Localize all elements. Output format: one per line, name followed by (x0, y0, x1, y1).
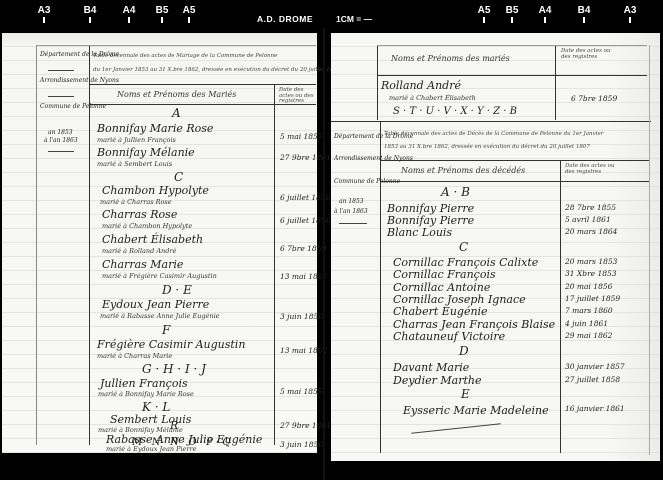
margin-rule (339, 223, 367, 224)
col-header-date: Date des actes ou des registres (279, 88, 315, 105)
entry-name: Bonnifay Pierre (387, 215, 474, 226)
entry-name: Chambon Hypolyte (102, 185, 209, 196)
page-right-edge (649, 45, 650, 455)
archive-label: A.D. DROME (257, 14, 313, 24)
margin-arrondissement: Arrondissement de Nyons (334, 155, 413, 162)
margin-rule (48, 151, 74, 152)
entry-date: 31 Xbre 1853 (565, 270, 617, 278)
entry-name: Cornillac François Calixte (393, 257, 538, 268)
table-title-line1: Table décennale des actes de Décès de la… (384, 132, 603, 138)
entry-spouse: marié à Chambon Hypolyte (102, 223, 192, 230)
entry-date: 17 juillet 1859 (565, 295, 620, 303)
entry-date: 20 mai 1856 (565, 283, 612, 291)
entry-date: 20 mars 1853 (565, 258, 617, 266)
letter-r: R (170, 420, 178, 431)
top-col-header-names: Noms et Prénoms des mariés (391, 55, 510, 63)
entry-date: 6 7bre 1859 (280, 245, 326, 253)
book-spine (323, 28, 325, 480)
entry-date: 7 mars 1860 (565, 307, 613, 315)
table-title-line2: 1853 au 31 X.bre 1862, dressée en exécut… (384, 145, 590, 151)
size-mark-b4-right: B4 (574, 5, 594, 23)
entry-date: 16 janvier 1861 (565, 405, 625, 413)
entry-date: 5 mai 1855 (280, 133, 323, 141)
letter-a-b: A · B (441, 186, 470, 198)
entry-name: Davant Marie (393, 362, 469, 373)
top-column-divider-date (555, 45, 556, 120)
letters-s-b: S · T · U · V · X · Y · Z · B (393, 107, 517, 117)
entry-date: 4 juin 1861 (565, 320, 608, 328)
entry-spouse: marié à Rabasse Anne Julie Eugénie (100, 313, 220, 320)
size-mark-a5-right: A5 (474, 5, 494, 23)
entry-date: 3 juin 1856 (280, 313, 323, 321)
film-header: A3 B4 A4 B5 A5 A.D. DROME 1CM = — A5 B5 … (0, 0, 663, 34)
size-mark-b5-left: B5 (152, 5, 172, 23)
letter-f: F (162, 324, 170, 336)
col-header-names: Noms et Prénoms des Mariés (117, 91, 236, 99)
entry-spouse: marié à Chabert Élisabeth (389, 95, 476, 102)
margin-rule (48, 70, 74, 71)
section-divider (331, 121, 651, 122)
margin-period-to: à l'an 1863 (44, 137, 78, 144)
size-mark-b5-right: B5 (502, 5, 522, 23)
entry-name: Cornillac Joseph Ignace (393, 294, 526, 305)
entry-date: 30 janvier 1857 (565, 363, 625, 371)
scale-label: 1CM = — (336, 14, 372, 24)
letter-g-h-i-j: G · H · I · J (142, 363, 206, 375)
entry-name: Sembert Louis (110, 414, 191, 425)
margin-line (36, 45, 37, 445)
entry-name: Chabert Eugénie (393, 306, 488, 317)
table-top-border (36, 45, 316, 46)
column-divider-name (380, 121, 381, 453)
margin-period-from: an 1853 (48, 129, 73, 136)
top-column-divider-name (377, 45, 378, 120)
entry-date: 27 juillet 1858 (565, 376, 620, 384)
entry-name: Bonnifay Pierre (387, 203, 474, 214)
size-mark-a3-right: A3 (620, 5, 640, 23)
letter-c: C (459, 241, 468, 253)
margin-rule (48, 96, 74, 97)
entry-date: 3 juin 1856 (280, 441, 323, 449)
entry-date: 29 mai 1862 (565, 332, 612, 340)
entry-date: 20 mars 1864 (565, 228, 617, 236)
column-divider-date (274, 85, 275, 445)
letter-a: A (172, 107, 181, 119)
entry-name: Charras Rose (102, 209, 177, 220)
size-mark-a4-left: A4 (119, 5, 139, 23)
table-title-line1: Table décennale des actes de Mariage de … (93, 54, 277, 60)
entry-name: Jullien François (100, 378, 188, 389)
entry-spouse: marié à Eydoux Jean Pierre (106, 446, 196, 453)
entry-spouse: marié à Sembert Louis (97, 161, 172, 168)
top-header-divider (377, 75, 647, 76)
entry-name: Rabasse Anne Julie Eugénie (106, 434, 262, 445)
right-page-deaths: Noms et Prénoms des mariés Date des acte… (331, 33, 660, 461)
header-divider (380, 160, 650, 161)
entry-spouse: marié à Frégière Casimir Augustin (102, 273, 217, 280)
left-page-marriages: Département de la Drôme Arrondissement d… (2, 33, 317, 453)
entry-name: Eydoux Jean Pierre (102, 299, 209, 310)
table-title-line2: du 1er Janvier 1853 au 31 X.bre 1862, dr… (93, 68, 340, 74)
size-mark-a5-left: A5 (179, 5, 199, 23)
entry-name: Charras Marie (102, 259, 183, 270)
entry-name: Chatauneuf Victoire (393, 331, 505, 342)
margin-arrondissement: Arrondissement de Nyons (40, 77, 119, 84)
entry-date: 13 mai 1862 (280, 273, 327, 281)
entry-name: Chabert Élisabeth (102, 234, 203, 245)
size-mark-a3-left: A3 (34, 5, 54, 23)
entry-name: Rolland André (381, 80, 461, 91)
entry-name: Eysseric Marie Madeleine (403, 405, 549, 416)
entry-spouse: marié à Charras Marie (97, 353, 172, 360)
entry-date: 5 mai 1855 (280, 388, 323, 396)
entry-date: 6 7bre 1859 (571, 95, 617, 103)
letter-c: C (174, 171, 183, 183)
size-mark-a4-right: A4 (535, 5, 555, 23)
entry-name: Blanc Louis (387, 227, 452, 238)
top-col-header-date: Date des actes ou des registres (561, 49, 621, 60)
entry-name: Deydier Marthe (393, 375, 481, 386)
letter-d-e: D · E (162, 284, 192, 296)
header-divider (89, 84, 316, 85)
entry-name: Cornillac Antoine (393, 282, 490, 293)
letter-k-l: K · L (142, 401, 170, 413)
entry-name: Frégière Casimir Augustin (97, 339, 245, 350)
entry-name: Cornillac François (393, 269, 496, 280)
entry-name: Bonnifay Mélanie (97, 147, 195, 158)
entry-spouse: marié à Jullien François (97, 137, 176, 144)
entry-name: Charras Jean François Blaise (393, 319, 555, 330)
letter-e: E (461, 388, 470, 400)
margin-commune: Commune de Pelonne (40, 103, 106, 110)
entry-spouse: marié à Rolland André (102, 248, 176, 255)
entry-name: Bonnifay Marie Rose (97, 123, 213, 134)
top-table-border (377, 45, 647, 46)
letter-d: D (459, 345, 469, 357)
entry-spouse: marié à Charras Rose (100, 199, 172, 206)
entry-date: 13 mai 1862 (280, 347, 327, 355)
column-divider-date (560, 161, 561, 453)
col-header-names: Noms et Prénoms des décédés (401, 167, 525, 175)
entry-spouse: marié à Bonnifay Marie Rose (98, 391, 194, 398)
column-header-divider (380, 181, 650, 182)
margin-period-to: à l'an 1863 (334, 208, 368, 215)
margin-commune: Commune de Pelonne (334, 178, 400, 185)
col-header-date: Date des actes ou des registres (565, 164, 625, 175)
entry-date: 28 7bre 1855 (565, 204, 616, 212)
entry-date: 5 avril 1861 (565, 216, 611, 224)
size-mark-b4-left: B4 (80, 5, 100, 23)
margin-period-from: an 1853 (339, 198, 364, 205)
